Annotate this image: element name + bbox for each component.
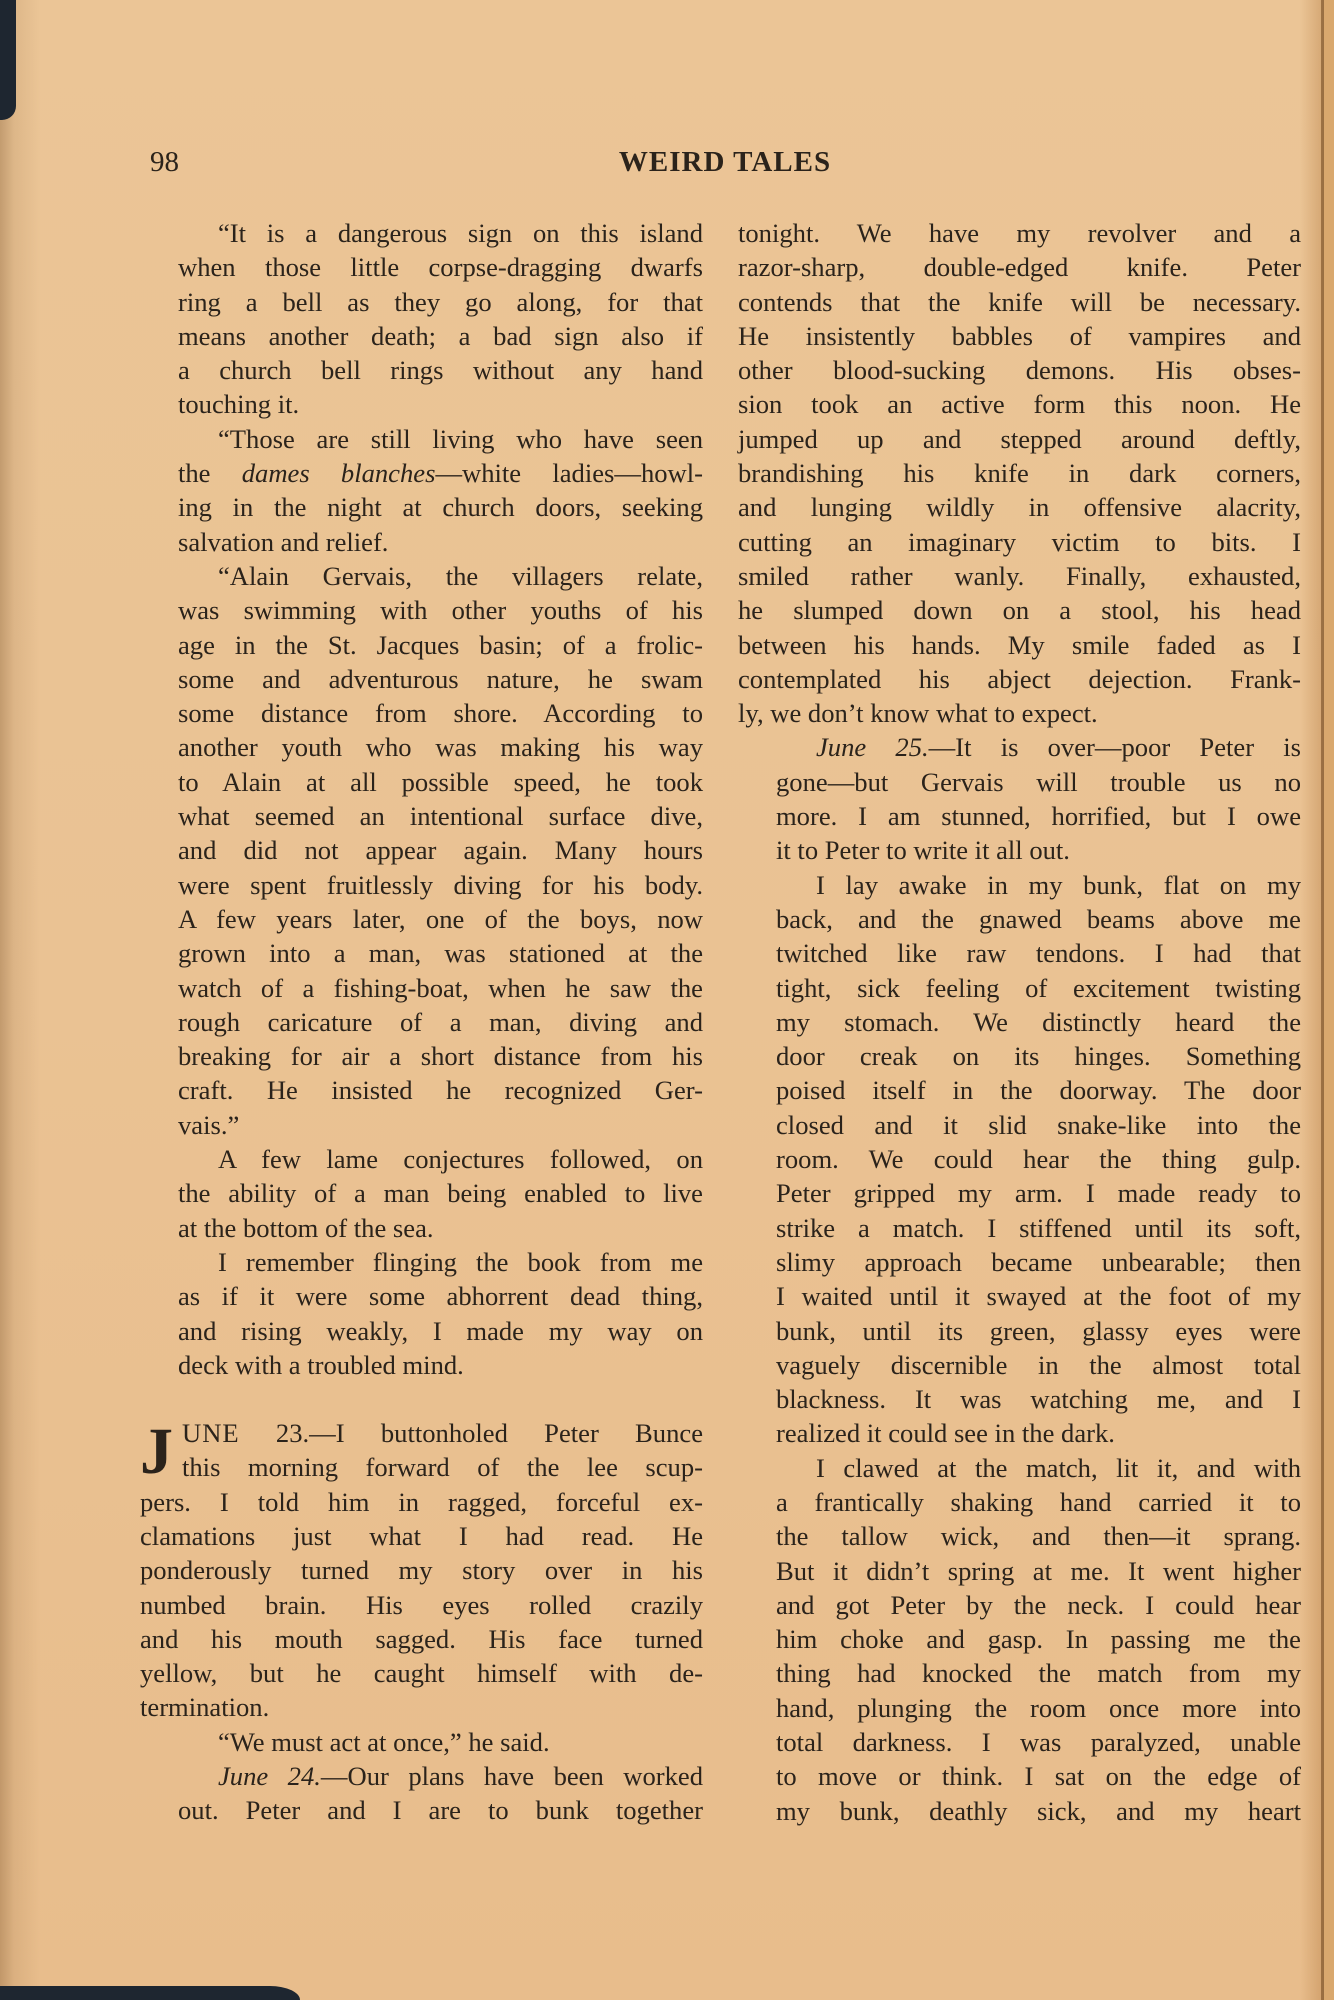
text-line: blackness. It was watching me, and I (738, 1382, 1301, 1416)
paragraph-dangerous-sign: “It is a dangerous sign on this island w… (140, 216, 703, 422)
text-line: “It is a dangerous sign on this island (140, 216, 703, 250)
text-line: ponderously turned my story over in his (140, 1553, 703, 1587)
text-line: back, and the gnawed beams above me (738, 902, 1301, 936)
text-line: were spent fruitlessly diving for his bo… (140, 868, 703, 902)
binding-edge (1324, 0, 1334, 2000)
text-line: my stomach. We distinctly heard the (738, 1005, 1301, 1039)
text-line: bunk, until its green, glassy eyes were (738, 1314, 1301, 1348)
paragraph-lame-conjectures: A few lame conjectures followed, on the … (140, 1142, 703, 1245)
text-line: termination. (140, 1690, 703, 1724)
text-line: some and adventurous nature, he swam (140, 662, 703, 696)
text-line: the tallow wick, and then—it sprang. (738, 1519, 1301, 1553)
paragraph-june-23: J UNE 23.—I buttonholed Peter Bunce this… (140, 1416, 703, 1725)
text-line: age in the St. Jacques basin; of a froli… (140, 628, 703, 662)
small-caps-word: UNE (182, 1418, 240, 1448)
text-line: at the bottom of the sea. (140, 1211, 703, 1245)
paragraph-june-25: June 25.—It is over—poor Peter is gone—b… (738, 730, 1301, 867)
text-line: to move or think. I sat on the edge of (738, 1759, 1301, 1793)
text-fragment: —white ladies—howl- (435, 458, 703, 488)
text-line: out. Peter and I are to bunk together (140, 1793, 703, 1827)
text-line: I waited until it swayed at the foot of … (738, 1279, 1301, 1313)
text-line: But it didn’t spring at me. It went high… (738, 1554, 1301, 1588)
text-line: another youth who was making his way (140, 730, 703, 764)
text-line: the ability of a man being enabled to li… (140, 1176, 703, 1210)
paragraph-dames-blanches: “Those are still living who have seen th… (140, 422, 703, 559)
section-break (140, 1382, 703, 1416)
text-line: other blood-sucking demons. His obses- (738, 353, 1301, 387)
text-line: the dames blanches—white ladies—howl- (140, 456, 703, 490)
text-line: Peter gripped my arm. I made ready to (738, 1176, 1301, 1210)
text-line: ing in the night at church doors, seekin… (140, 490, 703, 524)
text-line: gone—but Gervais will trouble us no (738, 765, 1301, 799)
text-line: he slumped down on a stool, his head (738, 593, 1301, 627)
paragraph-june-24: June 24.—Our plans have been worked out.… (140, 1759, 703, 1828)
text-line: hand, plunging the room once more into (738, 1691, 1301, 1725)
paragraph-lay-awake: I lay awake in my bunk, flat on my back,… (738, 868, 1301, 1451)
text-line: vais.” (140, 1108, 703, 1142)
text-line: a frantically shaking hand carried it to (738, 1485, 1301, 1519)
text-line: closed and it slid snake-like into the (738, 1108, 1301, 1142)
text-line: slimy approach became unbearable; then (738, 1245, 1301, 1279)
text-line: between his hands. My smile faded as I (738, 628, 1301, 662)
text-line: sion took an active form this noon. He (738, 387, 1301, 421)
text-line: my bunk, deathly sick, and my heart (738, 1794, 1301, 1828)
text-line: clamations just what I had read. He (140, 1519, 703, 1553)
text-line: June 24.—Our plans have been worked (140, 1759, 703, 1793)
text-line: I remember flinging the book from me (140, 1245, 703, 1279)
text-line: watch of a fishing-boat, when he saw the (140, 971, 703, 1005)
text-line: A few years later, one of the boys, now (140, 902, 703, 936)
right-column: tonight. We have my revolver and a razor… (738, 216, 1301, 1828)
text-line: and rising weakly, I made my way on (140, 1314, 703, 1348)
text-line: UNE 23.—I buttonholed Peter Bunce (140, 1416, 703, 1450)
text-line: grown into a man, was stationed at the (140, 936, 703, 970)
background-corner-top-left (0, 0, 16, 120)
paragraph-flinging-book: I remember flinging the book from me as … (140, 1245, 703, 1382)
text-line: room. We could hear the thing gulp. (738, 1142, 1301, 1176)
text-line: ring a bell as they go along, for that (140, 285, 703, 319)
text-line: jumped up and stepped around deftly, (738, 422, 1301, 456)
text-line: a church bell rings without any hand (140, 353, 703, 387)
text-line: ly, we don’t know what to expect. (738, 696, 1301, 730)
text-line: pers. I told him in ragged, forceful ex- (140, 1485, 703, 1519)
text-line: twitched like raw tendons. I had that (738, 936, 1301, 970)
text-line: cutting an imaginary victim to bits. I (738, 525, 1301, 559)
text-line: “We must act at once,” he said. (140, 1725, 703, 1759)
paragraph-act-at-once: “We must act at once,” he said. (140, 1725, 703, 1759)
text-line: “Those are still living who have seen (140, 422, 703, 456)
italic-date: June 24. (218, 1761, 321, 1791)
text-line: and his mouth sagged. His face turned (140, 1622, 703, 1656)
text-line: to Alain at all possible speed, he took (140, 765, 703, 799)
text-fragment: —Our plans have been worked (321, 1761, 703, 1791)
left-column: “It is a dangerous sign on this island w… (140, 216, 703, 1828)
text-line: means another death; a bad sign also if (140, 319, 703, 353)
text-line: and lunging wildly in offensive alacrity… (738, 490, 1301, 524)
text-fragment: 23.—I buttonholed Peter Bunce (240, 1418, 703, 1448)
text-line: as if it were some abhorrent dead thing, (140, 1279, 703, 1313)
paragraph-tonight: tonight. We have my revolver and a razor… (738, 216, 1301, 730)
text-line: and did not appear again. Many hours (140, 833, 703, 867)
text-line: what seemed an intentional surface dive, (140, 799, 703, 833)
text-line: salvation and relief. (140, 525, 703, 559)
text-line: tight, sick feeling of excitement twisti… (738, 971, 1301, 1005)
text-line: door creak on its hinges. Something (738, 1039, 1301, 1073)
page-header: 98 WEIRD TALES (150, 146, 1300, 186)
text-line: breaking for air a short distance from h… (140, 1039, 703, 1073)
text-fragment: the (178, 458, 242, 488)
text-line: I lay awake in my bunk, flat on my (738, 868, 1301, 902)
text-line: numbed brain. His eyes rolled crazily (140, 1588, 703, 1622)
text-line: realized it could see in the dark. (738, 1416, 1301, 1450)
text-line: touching it. (140, 387, 703, 421)
text-line: rough caricature of a man, diving and (140, 1005, 703, 1039)
text-line: craft. He insisted he recognized Ger- (140, 1073, 703, 1107)
text-line: contends that the knife will be necessar… (738, 285, 1301, 319)
text-line: He insistently babbles of vampires and (738, 319, 1301, 353)
background-corner-bottom-left (0, 1986, 300, 2000)
italic-date: June 25. (816, 732, 929, 762)
drop-cap: J (140, 1422, 173, 1482)
running-title: WEIRD TALES (150, 146, 1300, 179)
text-line: poised itself in the doorway. The door (738, 1073, 1301, 1107)
paragraph-clawed-match: I clawed at the match, lit it, and with … (738, 1451, 1301, 1828)
text-line: brandishing his knife in dark corners, (738, 456, 1301, 490)
text-line: contemplated his abject dejection. Frank… (738, 662, 1301, 696)
text-line: him choke and gasp. In passing me the (738, 1622, 1301, 1656)
text-line: more. I am stunned, horrified, but I owe (738, 799, 1301, 833)
text-line: this morning forward of the lee scup- (140, 1450, 703, 1484)
text-line: thing had knocked the match from my (738, 1656, 1301, 1690)
text-line: I clawed at the match, lit it, and with (738, 1451, 1301, 1485)
text-line: yellow, but he caught himself with de- (140, 1656, 703, 1690)
text-line: razor-sharp, double-edged knife. Peter (738, 250, 1301, 284)
text-line: it to Peter to write it all out. (738, 833, 1301, 867)
text-line: vaguely discernible in the almost total (738, 1348, 1301, 1382)
text-line: total darkness. I was paralyzed, unable (738, 1725, 1301, 1759)
paragraph-alain-gervais: “Alain Gervais, the villagers relate, wa… (140, 559, 703, 1142)
text-line: and got Peter by the neck. I could hear (738, 1588, 1301, 1622)
text-fragment: —It is over—poor Peter is (929, 732, 1301, 762)
text-line: when those little corpse-dragging dwarfs (140, 250, 703, 284)
italic-phrase: dames blanches (242, 458, 436, 488)
text-line: some distance from shore. According to (140, 696, 703, 730)
text-line: tonight. We have my revolver and a (738, 216, 1301, 250)
text-line: smiled rather wanly. Finally, exhausted, (738, 559, 1301, 593)
text-line: “Alain Gervais, the villagers relate, (140, 559, 703, 593)
text-line: was swimming with other youths of his (140, 593, 703, 627)
magazine-page: 98 WEIRD TALES “It is a dangerous sign o… (0, 0, 1334, 2000)
text-line: deck with a troubled mind. (140, 1348, 703, 1382)
text-line: A few lame conjectures followed, on (140, 1142, 703, 1176)
text-line: strike a match. I stiffened until its so… (738, 1211, 1301, 1245)
text-line: June 25.—It is over—poor Peter is (738, 730, 1301, 764)
